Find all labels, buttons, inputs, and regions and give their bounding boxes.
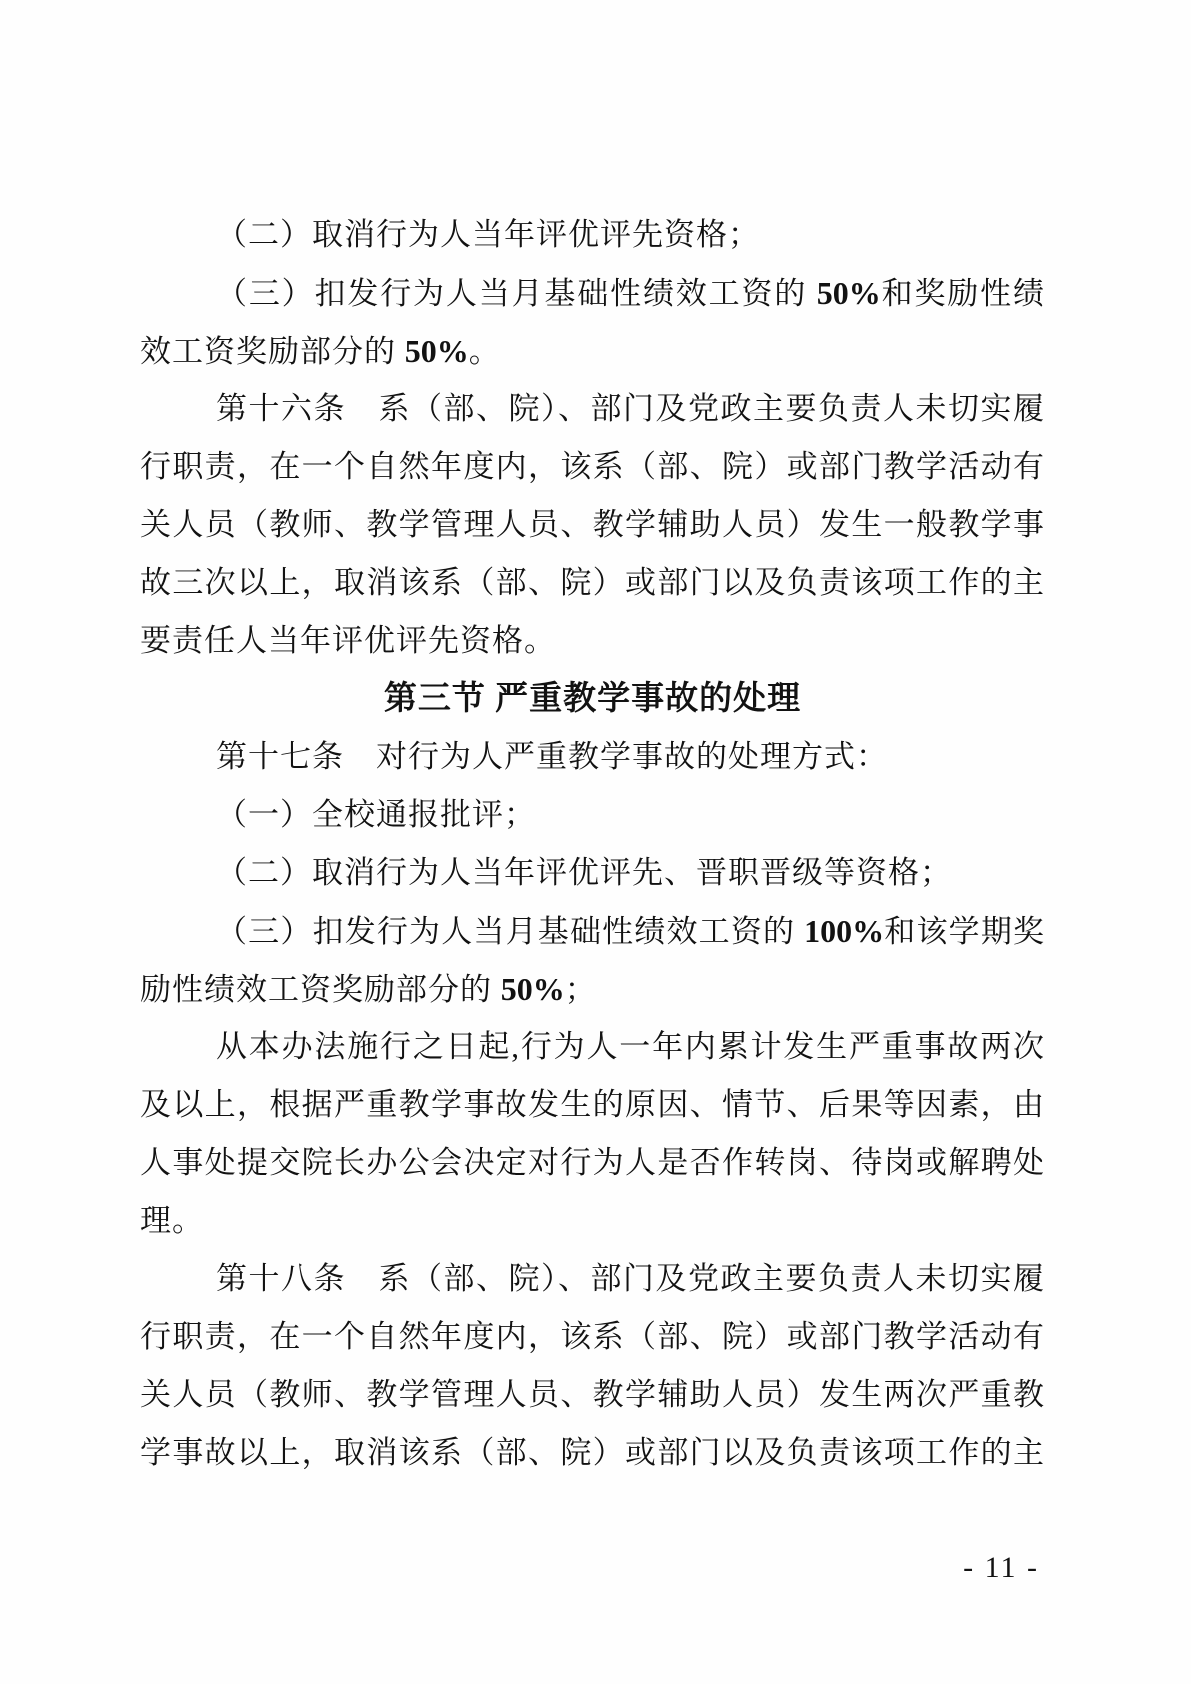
text-line: 学事故以上，取消该系（部、院）或部门以及负责该项工作的主: [140, 1424, 1045, 1482]
text-line: 第十七条 对行为人严重教学事故的处理方式：: [140, 728, 1045, 786]
text-line: 从本办法施行之日起,行为人一年内累计发生严重事故两次: [140, 1018, 1045, 1076]
text-line: 第十六条 系（部、院）、部门及党政主要负责人未切实履: [140, 380, 1045, 438]
number-emphasis: 100%: [804, 913, 884, 949]
text-line: 及以上，根据严重教学事故发生的原因、情节、后果等因素，由: [140, 1076, 1045, 1134]
number-emphasis: 50%: [501, 971, 565, 1007]
text-line: 第十八条 系（部、院）、部门及党政主要负责人未切实履: [140, 1250, 1045, 1308]
text-line: （二）取消行为人当年评优评先、晋职晋级等资格；: [140, 844, 1045, 902]
text-line: 行职责，在一个自然年度内，该系（部、院）或部门教学活动有: [140, 1308, 1045, 1366]
text-line: 关人员（教师、教学管理人员、教学辅助人员）发生两次严重教: [140, 1366, 1045, 1424]
page-number: - 11 -: [963, 1551, 1039, 1585]
text-line: 行职责，在一个自然年度内，该系（部、院）或部门教学活动有: [140, 438, 1045, 496]
text-line: 要责任人当年评优评先资格。: [140, 612, 1045, 670]
text-line: （三）扣发行为人当月基础性绩效工资的 50%和奖励性绩: [140, 264, 1045, 322]
text-line: （一）全校通报批评；: [140, 786, 1045, 844]
text-line: 励性绩效工资奖励部分的 50%；: [140, 960, 1045, 1018]
text-line: （二）取消行为人当年评优评先资格；: [140, 206, 1045, 264]
text-line: 关人员（教师、教学管理人员、教学辅助人员）发生一般教学事: [140, 496, 1045, 554]
text-line: （三）扣发行为人当月基础性绩效工资的 100%和该学期奖: [140, 902, 1045, 960]
text-line: 故三次以上，取消该系（部、院）或部门以及负责该项工作的主: [140, 554, 1045, 612]
document-page: （二）取消行为人当年评优评先资格；（三）扣发行为人当月基础性绩效工资的 50%和…: [0, 0, 1191, 1684]
text-line: 效工资奖励部分的 50%。: [140, 322, 1045, 380]
number-emphasis: 50%: [817, 275, 881, 311]
text-line: 理。: [140, 1192, 1045, 1250]
section-heading: 第三节 严重教学事故的处理: [140, 670, 1045, 728]
number-emphasis: 50%: [405, 333, 469, 369]
text-line: 人事处提交院长办公会决定对行为人是否作转岗、待岗或解聘处: [140, 1134, 1045, 1192]
text-block: （二）取消行为人当年评优评先资格；（三）扣发行为人当月基础性绩效工资的 50%和…: [140, 206, 1045, 1482]
